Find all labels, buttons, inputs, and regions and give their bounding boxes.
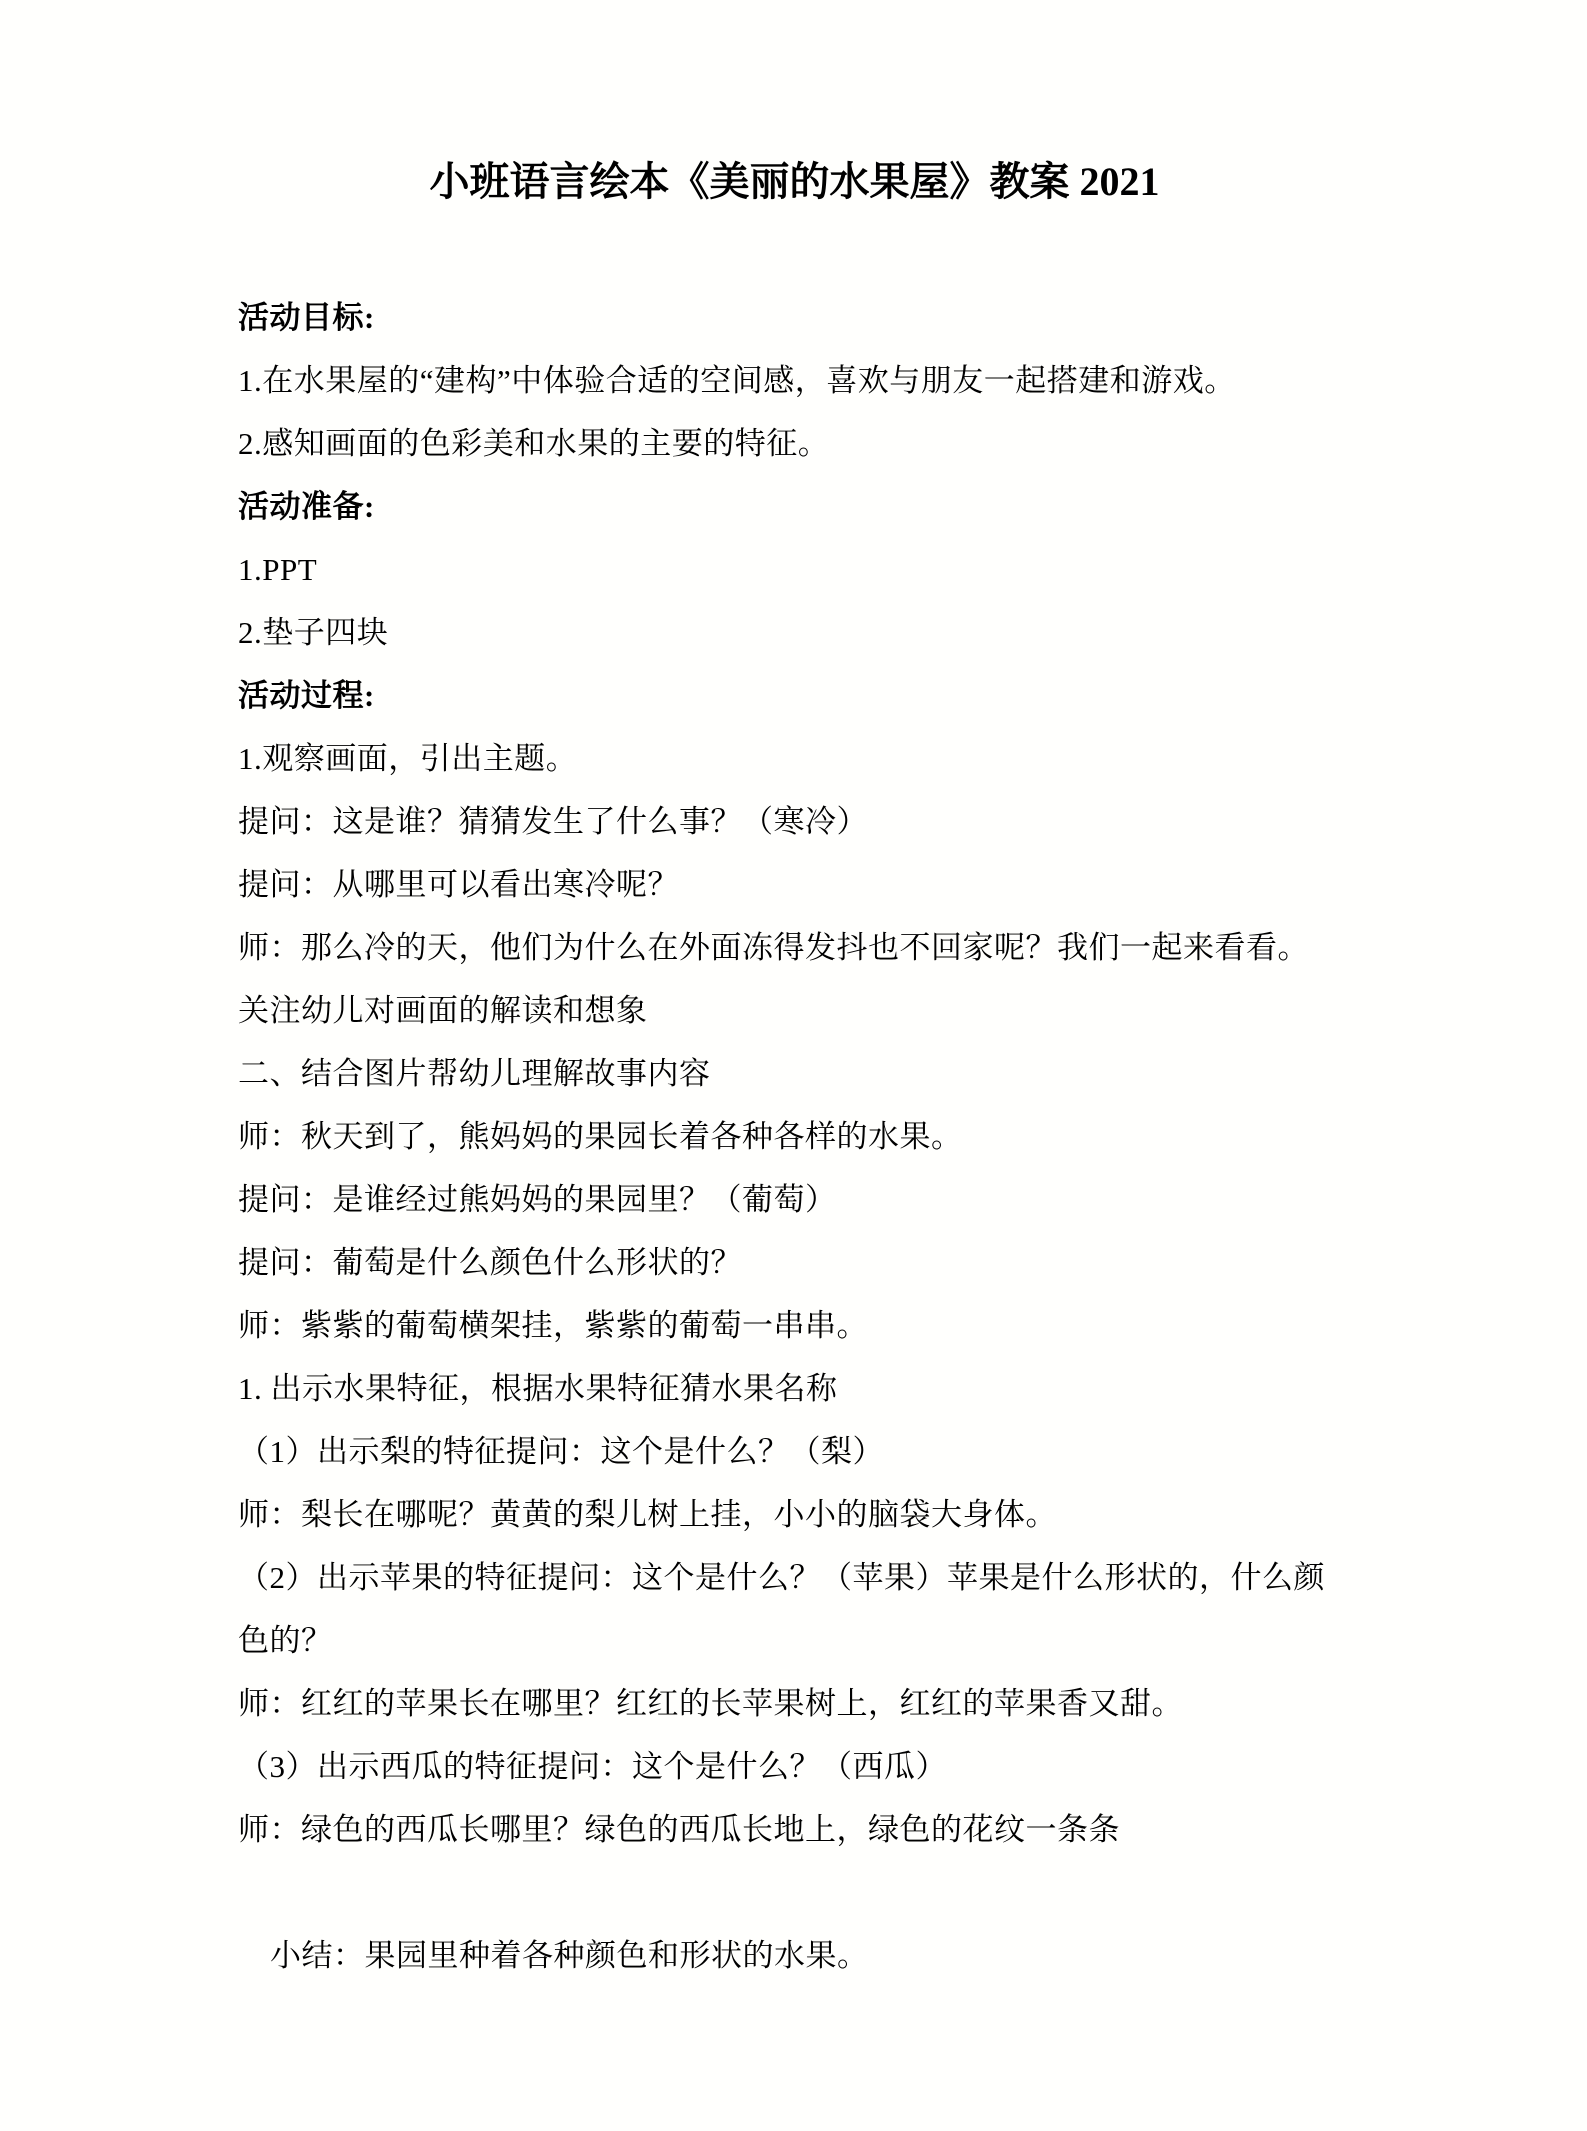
text-line: 小结：果园里种着各种颜色和形状的水果。 xyxy=(238,1924,1351,1987)
text-line: 关注幼儿对画面的解读和想象 xyxy=(238,979,1351,1042)
text-line: （3）出示西瓜的特征提问：这个是什么？（西瓜） xyxy=(238,1735,1351,1798)
text-line: 二、结合图片帮幼儿理解故事内容 xyxy=(238,1042,1351,1105)
document-title: 小班语言绘本《美丽的水果屋》教案 2021 xyxy=(238,160,1351,204)
text-line: （1）出示梨的特征提问：这个是什么？（梨） xyxy=(238,1420,1351,1483)
text-line: 2.垫子四块 xyxy=(238,601,1351,664)
text-line: 提问：这是谁？猜猜发生了什么事？（寒冷） xyxy=(238,790,1351,853)
document-page: 小班语言绘本《美丽的水果屋》教案 2021 活动目标:1.在水果屋的“建构”中体… xyxy=(0,0,1587,2131)
document-body: 活动目标:1.在水果屋的“建构”中体验合适的空间感，喜欢与朋友一起搭建和游戏。2… xyxy=(238,286,1351,1987)
text-line: 1.PPT xyxy=(238,538,1351,601)
text-line: 1.在水果屋的“建构”中体验合适的空间感，喜欢与朋友一起搭建和游戏。 xyxy=(238,349,1351,412)
text-line: 色的？ xyxy=(238,1609,1351,1672)
text-line: 活动过程: xyxy=(238,664,1351,727)
text-line: 师：那么冷的天，他们为什么在外面冻得发抖也不回家呢？我们一起来看看。 xyxy=(238,916,1351,979)
blank-line xyxy=(238,1861,1351,1924)
text-line: 活动准备: xyxy=(238,475,1351,538)
text-line: （2）出示苹果的特征提问：这个是什么？（苹果）苹果是什么形状的，什么颜 xyxy=(238,1546,1351,1609)
text-line: 提问：从哪里可以看出寒冷呢？ xyxy=(238,853,1351,916)
text-line: 2.感知画面的色彩美和水果的主要的特征。 xyxy=(238,412,1351,475)
text-line: 1.观察画面，引出主题。 xyxy=(238,727,1351,790)
text-line: 1. 出示水果特征，根据水果特征猜水果名称 xyxy=(238,1357,1351,1420)
text-line: 师：秋天到了，熊妈妈的果园长着各种各样的水果。 xyxy=(238,1105,1351,1168)
text-line: 师：紫紫的葡萄横架挂，紫紫的葡萄一串串。 xyxy=(238,1294,1351,1357)
text-line: 师：梨长在哪呢？黄黄的梨儿树上挂，小小的脑袋大身体。 xyxy=(238,1483,1351,1546)
text-line: 提问：葡萄是什么颜色什么形状的？ xyxy=(238,1231,1351,1294)
text-line: 师：红红的苹果长在哪里？红红的长苹果树上，红红的苹果香又甜。 xyxy=(238,1672,1351,1735)
text-line: 提问：是谁经过熊妈妈的果园里？（葡萄） xyxy=(238,1168,1351,1231)
text-line: 活动目标: xyxy=(238,286,1351,349)
text-line: 师：绿色的西瓜长哪里？绿色的西瓜长地上，绿色的花纹一条条 xyxy=(238,1798,1351,1861)
